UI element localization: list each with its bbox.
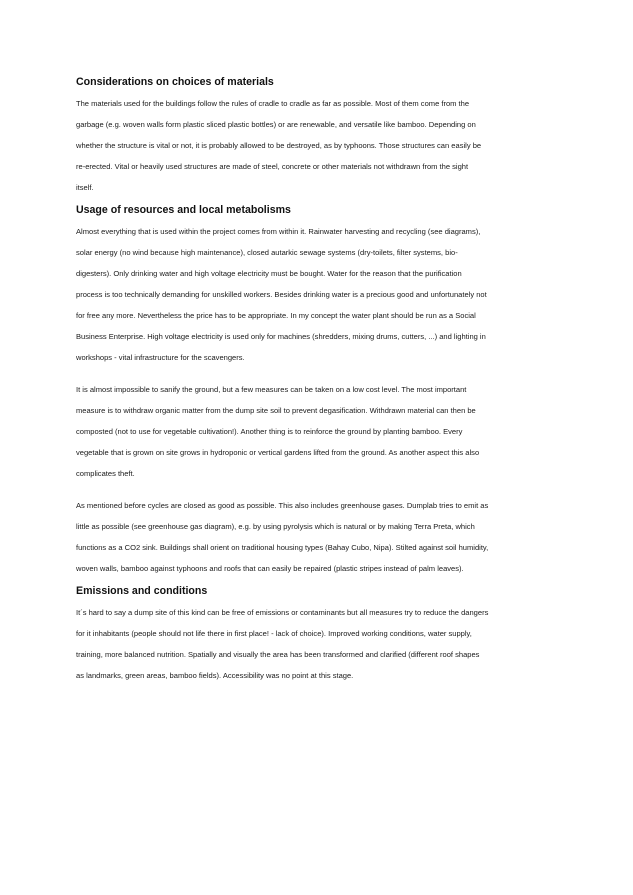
text-line: It´s hard to say a dump site of this kin…	[76, 608, 596, 619]
paragraph: The materials used for the buildings fol…	[76, 88, 596, 204]
text-line: whether the structure is vital or not, i…	[76, 141, 596, 152]
text-line: workshops - vital infrastructure for the…	[76, 353, 596, 364]
paragraph: It is almost impossible to sanify the gr…	[76, 374, 596, 490]
text-line: solar energy (no wind because high maint…	[76, 248, 596, 259]
text-line: woven walls, bamboo against typhoons and…	[76, 564, 596, 575]
text-line: measure is to withdraw organic matter fr…	[76, 406, 596, 417]
text-line: for it inhabitants (people should not li…	[76, 629, 596, 640]
section-heading: Usage of resources and local metabolisms	[76, 204, 596, 216]
document-page: Considerations on choices of materials T…	[76, 76, 596, 692]
section-emissions: Emissions and conditions It´s hard to sa…	[76, 585, 596, 692]
text-line: vegetable that is grown on site grows in…	[76, 448, 596, 459]
section-heading: Considerations on choices of materials	[76, 76, 596, 88]
text-line: itself.	[76, 183, 596, 194]
section-materials: Considerations on choices of materials T…	[76, 76, 596, 204]
text-line: As mentioned before cycles are closed as…	[76, 501, 596, 512]
paragraph: It´s hard to say a dump site of this kin…	[76, 597, 596, 692]
section-heading: Emissions and conditions	[76, 585, 596, 597]
text-line: garbage (e.g. woven walls form plastic s…	[76, 120, 596, 131]
text-line: Business Enterprise. High voltage electr…	[76, 332, 596, 343]
text-line: complicates theft.	[76, 469, 596, 480]
text-line: training, more balanced nutrition. Spati…	[76, 650, 596, 661]
section-resources: Usage of resources and local metabolisms…	[76, 204, 596, 585]
text-line: It is almost impossible to sanify the gr…	[76, 385, 596, 396]
text-line: for free any more. Nevertheless the pric…	[76, 311, 596, 322]
paragraph: As mentioned before cycles are closed as…	[76, 490, 596, 585]
text-line: Almost everything that is used within th…	[76, 227, 596, 238]
text-line: The materials used for the buildings fol…	[76, 99, 596, 110]
text-line: as landmarks, green areas, bamboo fields…	[76, 671, 596, 682]
text-line: digesters). Only drinking water and high…	[76, 269, 596, 280]
paragraph: Almost everything that is used within th…	[76, 216, 596, 374]
text-line: process is too technically demanding for…	[76, 290, 596, 301]
text-line: composted (not to use for vegetable cult…	[76, 427, 596, 438]
text-line: little as possible (see greenhouse gas d…	[76, 522, 596, 533]
text-line: re-erected. Vital or heavily used struct…	[76, 162, 596, 173]
text-line: functions as a CO2 sink. Buildings shall…	[76, 543, 596, 554]
